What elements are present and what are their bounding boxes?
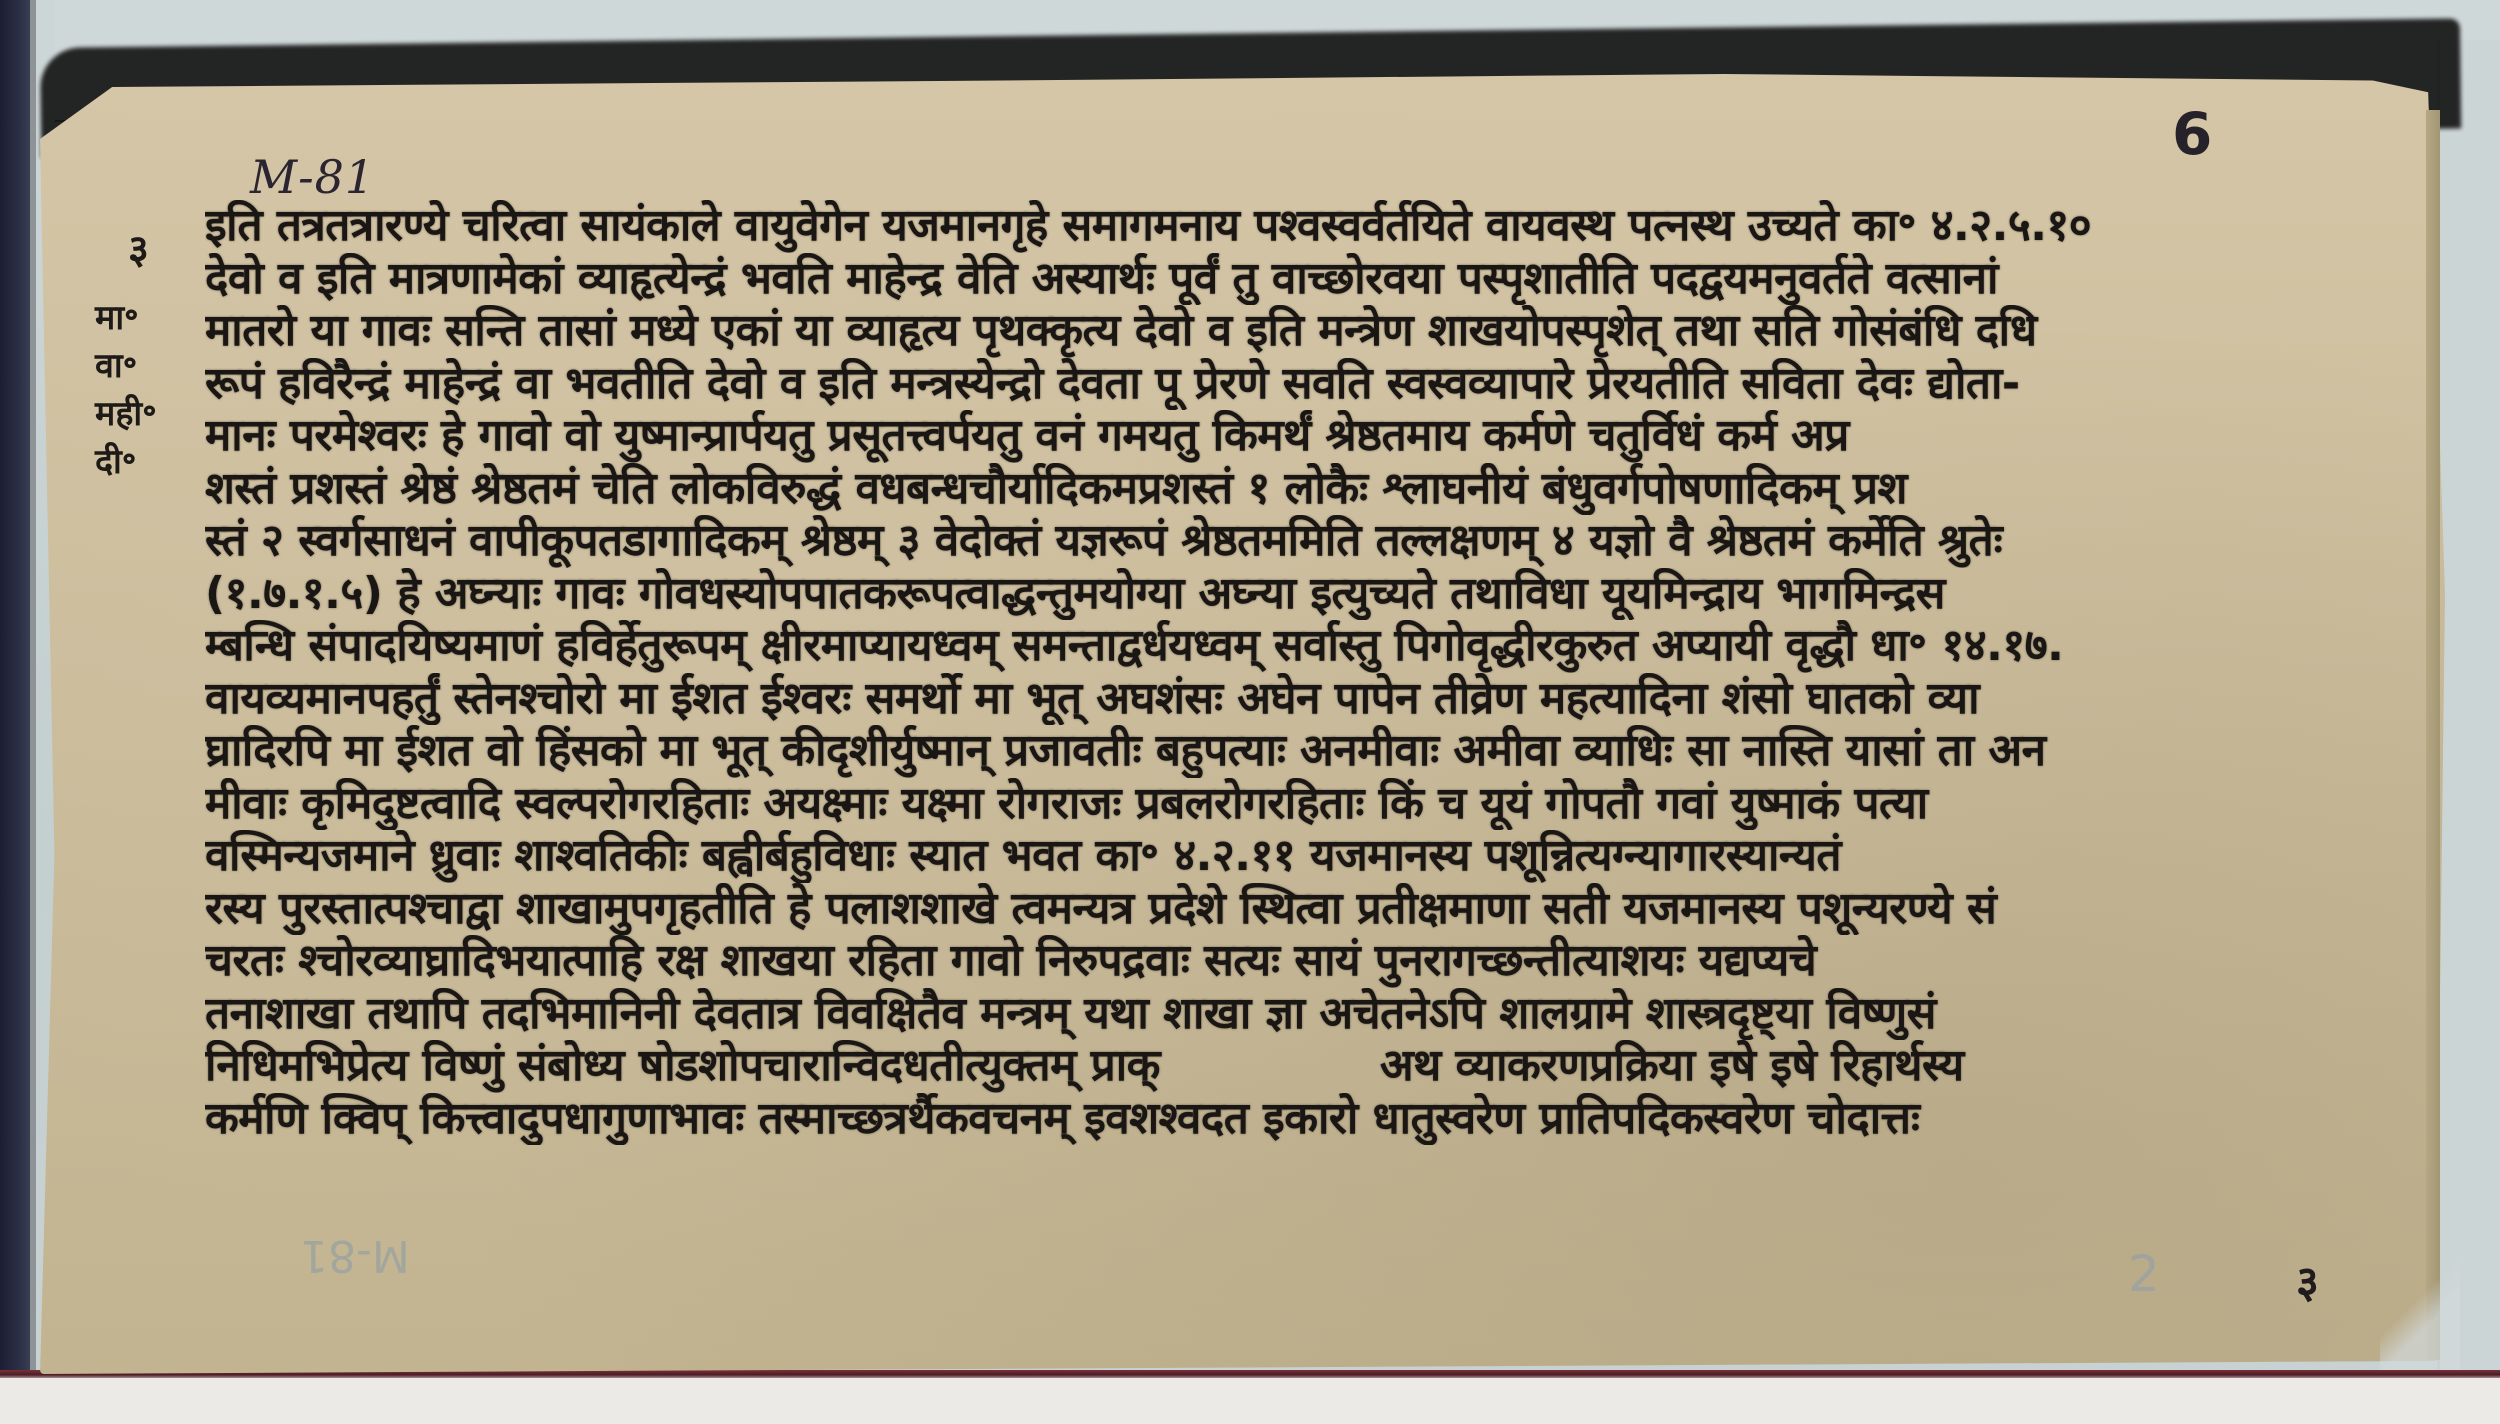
text-segment: निधिमभिप्रेत्य विष्णुं संबोध्य षोडशोपचार… — [205, 1040, 1160, 1091]
leaf-right-edge — [2426, 110, 2440, 1360]
text-line: इति तत्रतत्रारण्ये चरित्वा सायंकाले वायु… — [205, 200, 2345, 253]
text-line: मानः परमेश्वरः हे गावो वो युष्मान्प्रार्… — [205, 410, 2345, 463]
text-line: (१.७.१.५) हे अघ्न्याः गावः गोवधस्योपपातक… — [205, 568, 2345, 621]
margin-abbreviations: मा॰ वा॰ मही॰ दी॰ — [95, 300, 157, 480]
text-line: स्तं २ स्वर्गसाधनं वापीकूपतडागादिकम् श्र… — [205, 515, 2345, 568]
text-line: वायव्यमानपहर्तुं स्तेनश्चोरो मा ईशत ईश्व… — [205, 673, 2345, 726]
text-line: घ्रादिरपि मा ईशत वो हिंसको मा भूत् कीदृश… — [205, 725, 2345, 778]
text-line: निधिमभिप्रेत्य विष्णुं संबोध्य षोडशोपचार… — [205, 1040, 2345, 1093]
text-line: चरतः श्चोरव्याघ्रादिभयात्पाहि रक्ष शाखया… — [205, 935, 2345, 988]
text-line: वस्मिन्यजमाने ध्रुवाः शाश्वतिकीः बह्वीर्… — [205, 830, 2345, 883]
catalog-mark: M-81 — [250, 150, 375, 204]
margin-abbrev: दी॰ — [95, 444, 157, 480]
text-line: कर्मणि क्विप् कित्त्वादुपधागुणाभावः तस्म… — [205, 1093, 2345, 1146]
margin-abbrev: मा॰ — [95, 300, 157, 336]
text-line: रस्य पुरस्तात्पश्चाद्वा शाखामुपगृहतीति ह… — [205, 883, 2345, 936]
text-line: तनाशाखा तथापि तदभिमानिनी देवतात्र विवक्ष… — [205, 988, 2345, 1041]
manuscript-text: इति तत्रतत्रारण्ये चरित्वा सायंकाले वायु… — [205, 200, 2345, 1145]
faded-bottom-number: 2 — [2128, 1245, 2160, 1303]
text-line: देवो व इति मात्रणामेकां व्याहृत्येन्द्रं… — [205, 253, 2345, 306]
margin-abbrev: वा॰ — [95, 348, 157, 384]
mount-sheet-right — [2437, 40, 2500, 1380]
text-line: मीवाः कृमिदुष्टत्वादि स्वल्परोगरहिताः अय… — [205, 778, 2345, 831]
bottom-right-number: ३ — [2296, 1250, 2319, 1310]
text-line: मातरो या गावः सन्ति तासां मध्ये एकां या … — [205, 305, 2345, 358]
bottom-mount-strip — [0, 1378, 2500, 1424]
binder-strip — [0, 0, 30, 1424]
margin-top-number: ३ — [128, 220, 149, 275]
folio-number: 6 — [2172, 100, 2212, 168]
binder-edge — [30, 0, 36, 1424]
text-line: रूपं हविरैन्द्रं माहेन्द्रं वा भवतीति दे… — [205, 358, 2345, 411]
text-segment: अथ व्याकरणप्रक्रिया इषे इषे रिहार्थस्य — [1380, 1040, 1964, 1091]
tape-corner — [2380, 1260, 2460, 1370]
text-line: म्बन्धि संपादयिष्यमाणं हविर्हेतुरूपम् क्… — [205, 620, 2345, 673]
margin-abbrev: मही॰ — [95, 396, 157, 432]
manuscript-scan: M-81 6 M-81 ३ मा॰ वा॰ मही॰ दी॰ इति तत्रत… — [0, 0, 2500, 1424]
text-line: शस्तं प्रशस्तं श्रेष्ठं श्रेष्ठतमं चेति … — [205, 463, 2345, 516]
faded-catalog-mark: M-81 — [300, 1230, 410, 1281]
